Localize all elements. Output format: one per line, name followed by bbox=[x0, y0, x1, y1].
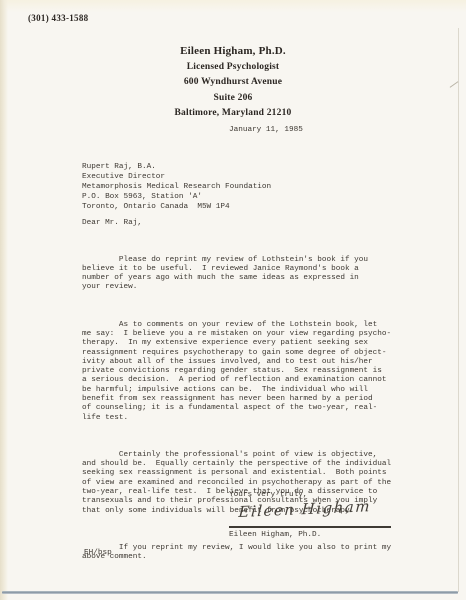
reference-initials: EH/bsp bbox=[84, 549, 112, 558]
letterhead-name: Eileen Higham, Ph.D. bbox=[0, 44, 466, 60]
recipient-address: Rupert Raj, B.A. Executive Director Meta… bbox=[82, 163, 271, 213]
paper-top-edge bbox=[0, 0, 466, 12]
salutation: Dear Mr. Raj, bbox=[82, 219, 142, 228]
letterhead-phone: (301) 433-1588 bbox=[28, 13, 88, 23]
body-paragraph-4: If you reprint my review, I would like y… bbox=[82, 544, 391, 563]
letterhead-street: 600 Wyndhurst Avenue bbox=[0, 75, 466, 91]
body-paragraph-1: Please do reprint my review of Lothstein… bbox=[82, 256, 391, 293]
letterhead: Eileen Higham, Ph.D. Licensed Psychologi… bbox=[0, 44, 466, 122]
letterhead-city: Baltimore, Maryland 21210 bbox=[0, 106, 466, 122]
letterhead-title: Licensed Psychologist bbox=[0, 60, 466, 76]
paper-bottom-edge bbox=[2, 591, 458, 594]
letterhead-suite: Suite 206 bbox=[0, 91, 466, 107]
letter-date: January 11, 1985 bbox=[229, 126, 303, 135]
closing-phrase: Yours very truly, bbox=[229, 491, 307, 500]
typed-signature-name: Eileen Higham, Ph.D. bbox=[229, 531, 321, 540]
scanned-letter-page: (301) 433-1588 Eileen Higham, Ph.D. Lice… bbox=[0, 0, 466, 600]
signature-line bbox=[229, 526, 391, 528]
body-paragraph-2: As to comments on your review of the Lot… bbox=[82, 321, 391, 423]
